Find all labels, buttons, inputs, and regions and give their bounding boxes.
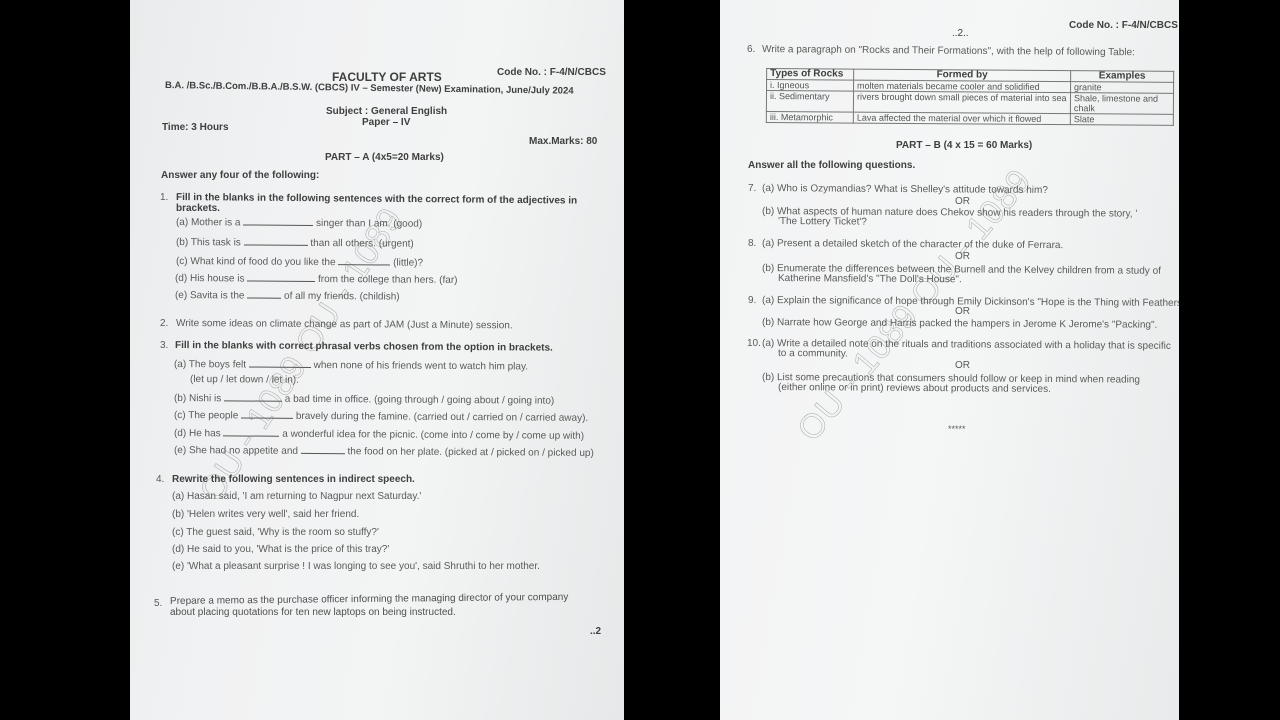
table-header-cell: Examples — [1071, 71, 1174, 83]
question-number: 1. — [160, 192, 168, 203]
table-row: ii. Sedimentaryrivers brought down small… — [766, 91, 1173, 115]
table-cell: molten materials became cooler and solid… — [854, 80, 1071, 93]
part-b-heading: PART – B (4 x 15 = 60 Marks) — [896, 140, 1032, 151]
table-cell: rivers brought down small pieces of mate… — [853, 91, 1070, 114]
item-suffix: a wonderful idea for the picnic. (come i… — [279, 429, 584, 442]
question-option-a: (a) Explain the significance of hope thr… — [762, 295, 1179, 309]
exam-page-1: FACULTY OF ARTS Code No. : F-4/N/CBCS B.… — [130, 0, 624, 720]
or-separator: OR — [955, 196, 970, 207]
table-cell: Shale, limestone and chalk — [1070, 93, 1173, 115]
part-a-instruction: Answer any four of the following: — [161, 170, 319, 181]
question-number: 10. — [747, 338, 761, 349]
question-number: 8. — [748, 238, 756, 249]
table-cell: ii. Sedimentary — [766, 91, 853, 113]
question-3-text: Fill in the blanks with correct phrasal … — [175, 340, 553, 354]
page-continuation-marker: ..2 — [590, 626, 601, 637]
part-b-instruction: Answer all the following questions. — [748, 160, 915, 171]
item-suffix: bravely during the famine. (carried out … — [293, 411, 588, 424]
question-option-a: (a) Present a detailed sketch of the cha… — [762, 238, 1063, 251]
rocks-table: Types of RocksFormed byExamples i. Igneo… — [766, 68, 1174, 126]
rocks-table-wrapper: Types of RocksFormed byExamples i. Igneo… — [766, 68, 1174, 126]
item-prefix: (a) The boys felt — [174, 359, 249, 371]
question-number: 7. — [748, 183, 756, 194]
table-header-cell: Types of Rocks — [767, 69, 854, 81]
fill-blank-item: (d) His house is from the college than h… — [175, 272, 458, 286]
exam-page-2: ..2.. Code No. : F-4/N/CBCS 6. Write a p… — [720, 0, 1179, 720]
phrasal-verb-item: (a) The boys felt when none of his frien… — [174, 358, 528, 372]
time-allowed: Time: 3 Hours — [162, 122, 229, 133]
answer-blank — [243, 216, 313, 225]
or-separator: OR — [955, 306, 970, 317]
answer-blank — [247, 273, 315, 282]
item-prefix: (c) The people — [174, 410, 241, 421]
question-number: 2. — [160, 318, 168, 329]
question-6-text: Write a paragraph on "Rocks and Their Fo… — [762, 44, 1135, 58]
item-prefix: (c) What kind of food do you like the — [176, 256, 338, 268]
item-prefix: (b) This task is — [176, 237, 244, 248]
item-prefix: (e) Savita is the — [175, 290, 247, 302]
table-cell: Lava affected the material over which it… — [853, 112, 1070, 125]
indirect-speech-item: (d) He said to you, 'What is the price o… — [172, 544, 389, 555]
page-number: ..2.. — [952, 28, 969, 39]
code-number: Code No. : F-4/N/CBCS — [497, 67, 606, 78]
subject: Subject : General English — [326, 106, 447, 117]
question-number: 4. — [156, 474, 164, 485]
question-1-text-cont: brackets. — [176, 203, 220, 214]
code-number: Code No. : F-4/N/CBCS — [1069, 20, 1178, 31]
end-of-paper-marker: ***** — [948, 424, 966, 434]
item-suffix: (little)? — [390, 257, 423, 268]
max-marks: Max.Marks: 80 — [529, 136, 597, 147]
item-prefix: (b) Nishi is — [174, 393, 224, 404]
question-option-b: 'The Lottery Ticket'? — [778, 216, 867, 228]
item-prefix: (d) He has — [174, 428, 224, 439]
answer-blank — [247, 290, 281, 299]
table-cell: iii. Metamorphic — [766, 112, 853, 124]
indirect-speech-item: (c) The guest said, 'Why is the room so … — [172, 527, 379, 538]
or-separator: OR — [955, 360, 970, 371]
indirect-speech-item: (b) 'Helen writes very well', said her f… — [172, 509, 359, 520]
paper-number: Paper – IV — [362, 117, 410, 128]
question-number: 6. — [747, 44, 755, 55]
table-cell: i. Igneous — [767, 80, 854, 92]
question-5-text-cont: about placing quotations for ten new lap… — [170, 607, 456, 618]
table-row: iii. MetamorphicLava affected the materi… — [766, 112, 1173, 126]
item-prefix: (d) His house is — [175, 273, 247, 285]
question-option-a: to a community. — [778, 348, 848, 359]
item-prefix: (a) Mother is a — [176, 217, 243, 228]
question-option-b: (b) Narrate how George and Harris packed… — [762, 317, 1157, 331]
part-a-heading: PART – A (4x5=20 Marks) — [325, 152, 444, 163]
question-number: 5. — [154, 598, 162, 609]
answer-blank — [244, 236, 308, 245]
item-suffix: a bad time in office. (going through / g… — [282, 394, 554, 407]
table-cell: Slate — [1070, 114, 1173, 126]
exam-title: B.A. /B.Sc./B.Com./B.B.A./B.S.W. (CBCS) … — [165, 80, 574, 97]
question-number: 9. — [748, 295, 756, 306]
phrasal-verb-item: (b) Nishi is a bad time in office. (goin… — [174, 392, 554, 407]
item-suffix: when none of his friends went to watch h… — [311, 360, 528, 373]
question-5-text: Prepare a memo as the purchase officer i… — [170, 592, 568, 607]
item-suffix: the food on her plate. (picked at / pick… — [345, 446, 594, 459]
indirect-speech-item: (e) 'What a pleasant surprise ! I was lo… — [172, 561, 540, 572]
question-number: 3. — [160, 340, 168, 351]
table-cell: granite — [1071, 82, 1174, 94]
answer-blank — [301, 445, 345, 454]
